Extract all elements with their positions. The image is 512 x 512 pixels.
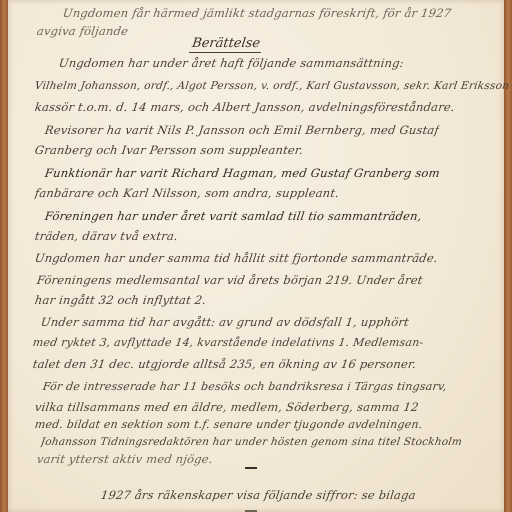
text-line-6: kassör t.o.m. d. 14 mars, och Albert Jan… [34, 100, 456, 114]
separator-dash [245, 467, 257, 469]
text-line-11: Föreningen har under året varit samlad t… [44, 209, 423, 223]
text-line-21: Johansson Tidningsredaktören har under h… [40, 436, 463, 448]
text-line-10: fanbärare och Karl Nilsson, som andra, s… [34, 186, 340, 200]
text-line-2: avgiva följande [36, 24, 129, 38]
wooden-frame-right [504, 0, 512, 512]
text-line-11b: träden, därav två extra. [34, 229, 179, 243]
text-line-12: Ungdomen har under samma tid hållit sitt… [34, 251, 439, 265]
text-line-16: med ryktet 3, avflyttade 14, kvarstående… [32, 336, 424, 349]
accounts-heading-line: 1927 års räkenskaper visa följande siffr… [100, 488, 417, 502]
text-line-13: Föreningens medlemsantal var vid årets b… [36, 273, 424, 287]
text-line-4: Ungdomen har under året haft följande sa… [58, 56, 405, 70]
text-line-14: har ingått 32 och inflyttat 2. [34, 293, 207, 307]
wooden-frame-left [0, 0, 8, 512]
text-line-17: talet den 31 dec. utgjorde alltså 235, e… [32, 357, 417, 371]
manuscript-page: Ungdomen får härmed jämlikt stadgarnas f… [8, 0, 504, 512]
section-heading: Berättelse [189, 36, 263, 53]
text-line-22: varit ytterst aktiv med njöge. [36, 452, 214, 466]
text-line-7: Revisorer ha varit Nils P. Jansson och E… [44, 123, 440, 137]
text-line-9: Funktionär har varit Richard Hagman, med… [44, 166, 441, 180]
text-line-15: Under samma tid har avgått: av grund av … [40, 315, 410, 329]
text-line-8: Granberg och Ivar Persson som suppleante… [34, 143, 304, 157]
text-line-5: Vilhelm Johansson, ordf., Algot Persson,… [34, 80, 512, 92]
text-line-20: med. bildat en sektion som t.f. senare u… [34, 418, 423, 431]
text-line-18: För de intresserade har 11 besöks och ba… [42, 380, 448, 393]
separator-dash-bottom [245, 510, 257, 512]
text-line-19: vilka tillsammans med en äldre, medlem, … [34, 400, 420, 414]
text-line-1: Ungdomen får härmed jämlikt stadgarnas f… [62, 6, 452, 20]
